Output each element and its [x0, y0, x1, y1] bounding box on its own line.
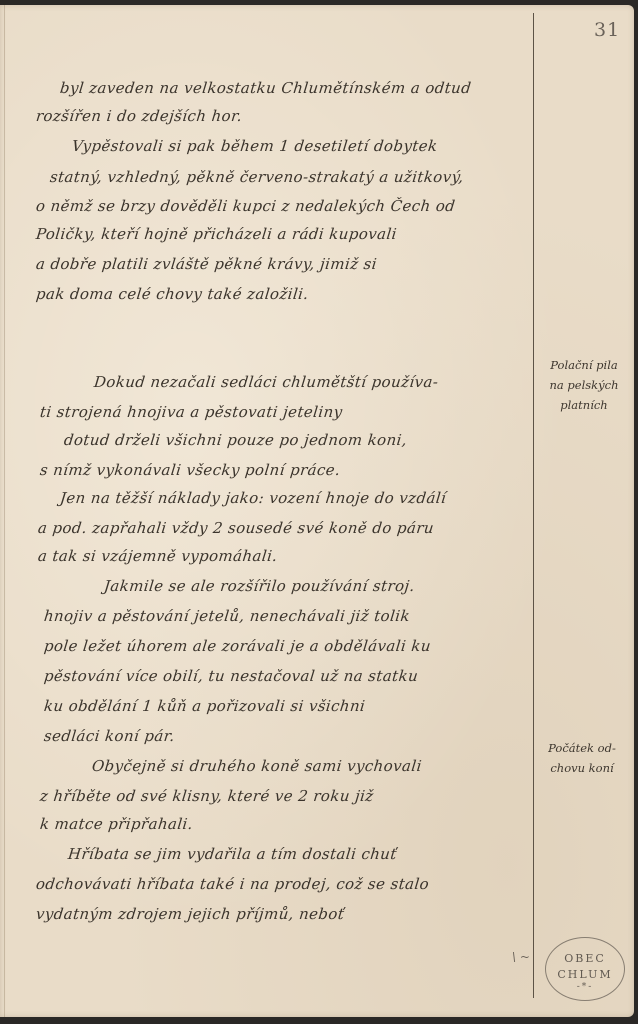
text-line: a tak si vzájemně vypomáhali. — [37, 547, 278, 565]
text-line: pak doma celé chovy také založili. — [35, 285, 309, 303]
margin-note-line: platních — [538, 395, 630, 415]
text-line: pole ležet úhorem ale zorávali je a obdě… — [43, 637, 432, 655]
page-binding-edge — [4, 5, 5, 1017]
stamp-scribble: \ ~ — [512, 950, 530, 964]
text-line: byl zaveden na velkostatku Chlumětínském… — [59, 79, 472, 97]
text-line: sedláci koní pár. — [43, 727, 176, 745]
text-line: z hříběte od své klisny, které ve 2 roku… — [39, 787, 375, 805]
margin-note-horse-breeding: Počátek od- chovu koní — [536, 738, 628, 778]
text-line: s nímž vykonávali všecky polní práce. — [39, 461, 341, 479]
text-line: ti strojená hnojiva a pěstovati jeteliny — [39, 403, 343, 421]
margin-note-line: Polační pila — [538, 355, 630, 375]
stamp-line-2: CHLUM — [546, 968, 624, 981]
text-line: hnojiv a pěstování jetelů, nenechávali j… — [43, 607, 411, 625]
text-line: ku obdělání 1 kůň a pořizovali si všichn… — [43, 697, 366, 715]
text-line: k matce připřahali. — [39, 815, 194, 833]
text-line: dotud drželi všichni pouze po jednom kon… — [63, 431, 408, 449]
text-line: Dokud nezačali sedláci chlumětští použív… — [93, 373, 439, 391]
text-line: pěstování více obilí, tu nestačoval už n… — [43, 667, 419, 685]
scanned-document: 31 byl zaveden na velkostatku Chlumětíns… — [0, 0, 638, 1024]
text-line: Obyčejně si druhého koně sami vychovali — [91, 757, 423, 775]
stamp-line-1: OBEC — [546, 952, 624, 965]
text-line: rozšířen i do zdejších hor. — [35, 107, 243, 125]
text-line: vydatným zdrojem jejich příjmů, neboť — [35, 905, 345, 923]
text-line: a dobře platili zvláště pěkné krávy, jim… — [35, 255, 378, 273]
municipal-stamp: OBEC CHLUM -*- — [545, 937, 625, 1001]
margin-rule-line — [533, 13, 534, 998]
text-line: a pod. zapřahali vždy 2 sousedé své koně… — [37, 519, 435, 537]
text-line: Vypěstovali si pak během 1 desetiletí do… — [71, 137, 438, 155]
margin-note-line: Počátek od- — [536, 738, 628, 758]
stamp-line-3: -*- — [546, 982, 624, 992]
text-line: Poličky, kteří hojně přicházeli a rádi k… — [35, 225, 398, 243]
text-line: statný, vzhledný, pěkně červeno-strakatý… — [49, 168, 465, 186]
margin-note-line: na pelských — [538, 375, 630, 395]
text-line: Jen na těžší náklady jako: vození hnoje … — [59, 489, 447, 507]
text-line: Hříbata se jim vydařila a tím dostali ch… — [67, 845, 398, 863]
text-line: Jakmile se ale rozšířilo používání stroj… — [103, 577, 416, 595]
margin-note-line: chovu koní — [536, 758, 628, 778]
page-number: 31 — [594, 19, 620, 41]
text-line: odchovávati hříbata také i na prodej, co… — [35, 875, 430, 893]
margin-note-saw-mill: Polační pila na pelských platních — [538, 355, 630, 415]
chronicle-page: 31 byl zaveden na velkostatku Chlumětíns… — [0, 5, 634, 1017]
text-line: o němž se brzy dověděli kupci z nedaleký… — [35, 197, 456, 215]
